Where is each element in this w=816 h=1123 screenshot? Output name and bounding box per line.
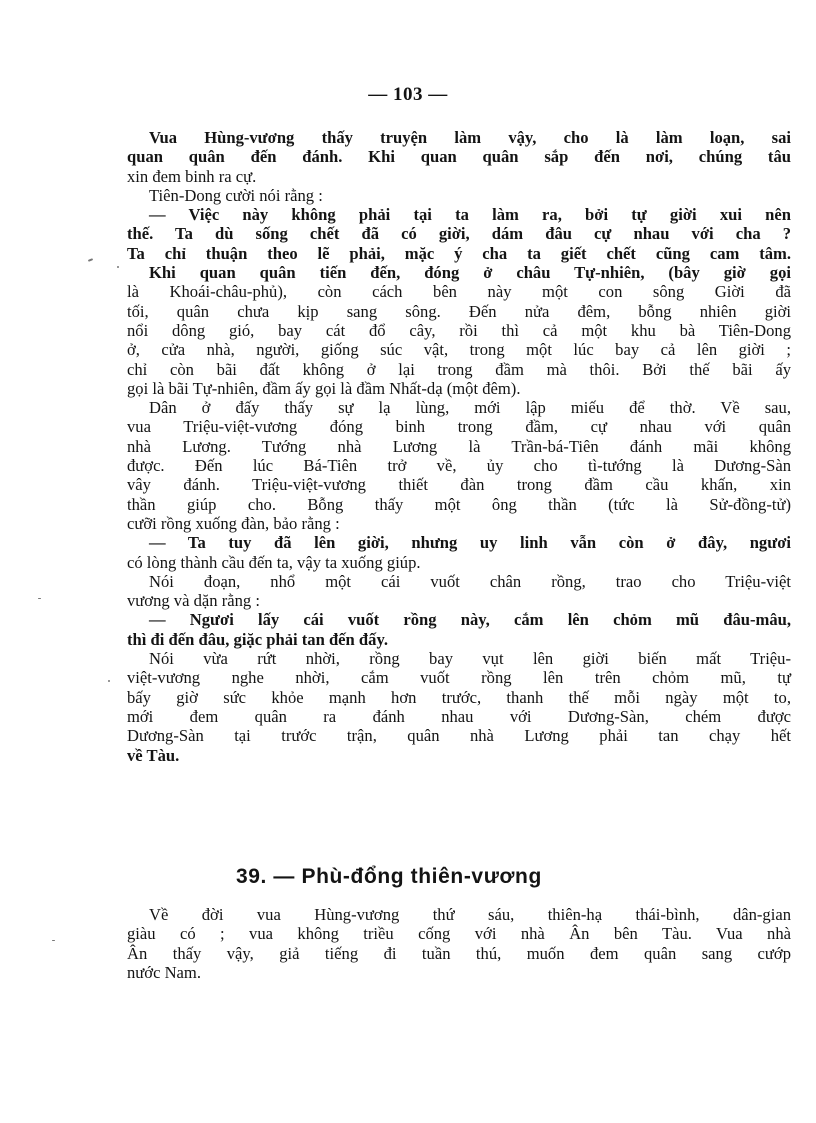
text-line: mới đem quân ra đánh nhau với Dương-Sàn,…	[127, 707, 791, 726]
text-line: thì đi đến đâu, giặc phải tan đến đấy.	[127, 630, 791, 649]
text-line: vương và dặn rằng :	[127, 591, 791, 610]
text-line: việt-vương nghe nhời, cắm vuốt rồng lên …	[127, 668, 791, 687]
text-line: cưỡi rồng xuống đàn, bảo rằng :	[127, 514, 791, 533]
text-line: Nói đoạn, nhổ một cái vuốt chân rồng, tr…	[127, 572, 791, 591]
dialogue-line: — Ngươi lấy cái vuốt rồng này, cắm lên c…	[127, 610, 791, 629]
scan-speck	[38, 598, 41, 599]
text-line: nhà Lương. Tướng nhà Lương là Trần-bá-Ti…	[127, 437, 791, 456]
chapter-heading: 39. — Phù-đổng thiên-vương	[236, 865, 542, 889]
text-line: thần giúp cho. Bỗng thấy một ông thần (t…	[127, 495, 791, 514]
dialogue-line: — Việc này không phải tại ta làm ra, bởi…	[127, 205, 791, 224]
text-line: giàu có ; vua không triều cống với nhà Â…	[127, 924, 791, 943]
text-line: Tiên-Dong cười nói rằng :	[127, 186, 791, 205]
text-line: có lòng thành cầu đến ta, vậy ta xuống g…	[127, 553, 791, 572]
text-line: vua Triệu-việt-vương đóng binh trong đầm…	[127, 417, 791, 436]
text-line: xin đem binh ra cự.	[127, 167, 791, 186]
chapter-text: Về đời vua Hùng-vương thứ sáu, thiên-hạ …	[127, 905, 791, 982]
text-line: nổi dông gió, bay cát đổ cây, rồi thì cả…	[127, 321, 791, 340]
story-section-text: Vua Hùng-vương thấy truyện làm vậy, cho …	[127, 128, 791, 765]
text-line: Về đời vua Hùng-vương thứ sáu, thiên-hạ …	[127, 905, 791, 924]
page-number: — 103 —	[0, 84, 816, 106]
text-line: Khi quan quân tiến đến, đóng ở châu Tự-n…	[127, 263, 791, 282]
scan-speck	[52, 940, 55, 941]
text-line: Ân thấy vậy, giả tiếng đi tuần thú, muốn…	[127, 944, 791, 963]
scan-speck	[88, 258, 93, 262]
text-line: Ta chỉ thuận theo lẽ phải, mặc ý cha ta …	[127, 244, 791, 263]
text-line: chỉ còn bãi đất không ở lại trong đầm mà…	[127, 360, 791, 379]
dialogue-line: — Ta tuy đã lên giời, nhưng uy linh vẫn …	[127, 533, 791, 552]
text-line: Nói vừa rứt nhời, rồng bay vụt lên giời …	[127, 649, 791, 668]
text-line: nước Nam.	[127, 963, 791, 982]
text-line: gọi là bãi Tự-nhiên, đầm ấy gọi là đầm N…	[127, 379, 791, 398]
text-line: về Tàu.	[127, 746, 791, 765]
text-line: Dương-Sàn tại trước trận, quân nhà Lương…	[127, 726, 791, 745]
text-line: tối, quân chưa kịp sang sông. Đến nửa đê…	[127, 302, 791, 321]
text-line: vây đánh. Triệu-việt-vương thiết đàn tro…	[127, 475, 791, 494]
text-line: là Khoái-châu-phủ), còn cách bên này một…	[127, 282, 791, 301]
text-line: ở, cửa nhà, người, giống súc vật, trong …	[127, 340, 791, 359]
scan-speck	[108, 680, 110, 682]
text-line: thế. Ta dù sống chết đã có giời, dám đâu…	[127, 224, 791, 243]
text-line: được. Đến lúc Bá-Tiên trở về, ủy cho tì-…	[127, 456, 791, 475]
text-line: quan quân đến đánh. Khi quan quân sắp đế…	[127, 147, 791, 166]
scan-speck	[117, 266, 119, 268]
text-line: Dân ở đấy thấy sự lạ lùng, mới lập miếu …	[127, 398, 791, 417]
text-line: Vua Hùng-vương thấy truyện làm vậy, cho …	[127, 128, 791, 147]
text-line: bấy giờ sức khỏe mạnh hơn trước, thanh t…	[127, 688, 791, 707]
